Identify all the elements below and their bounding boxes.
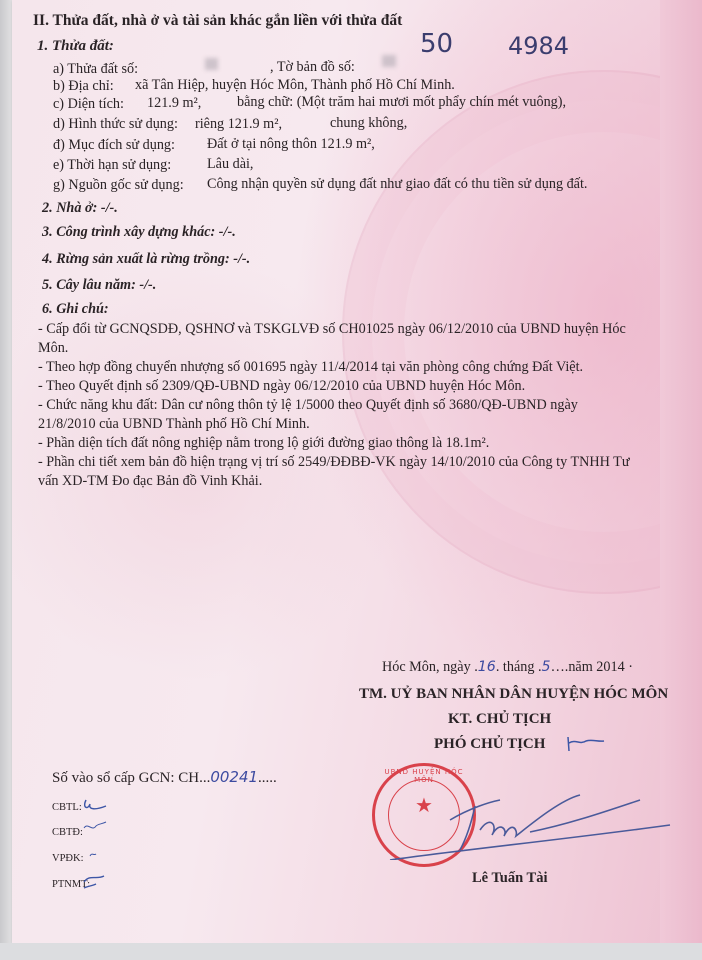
issue-date: Hóc Môn, ngày .16. tháng .5….năm 2014 · <box>382 659 633 676</box>
usage-form-label: d) Hình thức sử dụng: <box>53 116 178 133</box>
section-title: II. Thửa đất, nhà ở và tài sản khác gắn … <box>33 12 402 29</box>
term-value: Lâu dài, <box>207 156 253 173</box>
registry-suffix: ..... <box>258 770 277 786</box>
land-heading: 1. Thửa đất: <box>37 38 114 55</box>
house-item: 2. Nhà ở: -/-. <box>42 200 118 217</box>
note-line: vấn XD-TM Đo đạc Bản đồ Vinh Khải. <box>38 473 262 490</box>
officer-code-cbtd: CBTĐ: <box>52 824 83 841</box>
deputy-title-line2: PHÓ CHỦ TỊCH <box>434 736 545 753</box>
officer-code-vpdk: VPĐK: <box>52 850 84 867</box>
address-value: xã Tân Hiệp, huyện Hóc Môn, Thành phố Hồ… <box>135 77 455 94</box>
registry-number: 00241 <box>210 768 258 786</box>
date-day: 16 <box>478 659 496 675</box>
redacted-lot-number <box>205 58 218 70</box>
address-label: b) Địa chỉ: <box>53 78 114 95</box>
map-sheet-label: , Tờ bản đồ số: <box>270 59 355 76</box>
registry-label: Số vào sổ cấp GCN: CH... <box>52 770 210 786</box>
purpose-label: đ) Mục đích sử dụng: <box>53 137 175 154</box>
officer-code-cbtl: CBTL: <box>52 799 82 816</box>
date-month: 5 <box>542 659 551 675</box>
handwritten-lot-number: 4984 <box>508 32 569 60</box>
date-prefix: Hóc Môn, ngày . <box>382 659 478 675</box>
planted-forest-item: 4. Rừng sản xuất là rừng trồng: -/-. <box>42 251 250 268</box>
redacted-map-sheet-number <box>382 55 396 67</box>
term-label: e) Thời hạn sử dụng: <box>53 157 171 174</box>
purpose-value: Đất ở tại nông thôn 121.9 m², <box>207 136 375 153</box>
note-line: - Phần diện tích đất nông nghiệp nằm tro… <box>38 435 489 452</box>
notes-heading: 6. Ghi chú: <box>42 301 109 318</box>
handwritten-map-number: 50 <box>420 30 453 58</box>
officer-initials-icon <box>82 794 112 894</box>
other-construction-item: 3. Công trình xây dựng khác: -/-. <box>42 224 236 241</box>
usage-private-value: riêng 121.9 m², <box>195 116 282 133</box>
perennial-trees-item: 5. Cây lâu năm: -/-. <box>42 277 156 294</box>
scan-bottom-edge <box>0 943 702 960</box>
initial-signature-icon <box>566 733 606 755</box>
note-line: - Theo Quyết định số 2309/QĐ-UBND ngày 0… <box>38 378 525 395</box>
note-line: 21/8/2010 của UBND Thành phố Hồ Chí Minh… <box>38 416 310 433</box>
deputy-title-line1: KT. CHỦ TỊCH <box>448 711 551 728</box>
area-value: 121.9 m², <box>147 95 201 112</box>
chairman-signature-icon <box>380 780 680 860</box>
note-line: Môn. <box>38 340 68 357</box>
note-line: - Phần chi tiết xem bản đồ hiện trạng vị… <box>38 454 630 471</box>
origin-value: Công nhận quyền sử dụng đất như giao đất… <box>207 176 587 193</box>
date-suffix: ….năm 2014 · <box>551 659 633 675</box>
note-line: - Cấp đổi từ GCNQSDĐ, QSHNƠ và TSKGLVĐ s… <box>38 321 626 338</box>
note-line: - Theo hợp đồng chuyển nhượng số 001695 … <box>38 359 583 376</box>
usage-common-value: chung không, <box>330 115 407 132</box>
issuing-authority: TM. UỶ BAN NHÂN DÂN HUYỆN HÓC MÔN <box>359 686 668 703</box>
area-label: c) Diện tích: <box>53 96 124 113</box>
signer-name: Lê Tuấn Tài <box>472 870 548 887</box>
date-mid: . tháng . <box>496 659 542 675</box>
registry-number-line: Số vào sổ cấp GCN: CH...00241..... <box>52 769 277 787</box>
note-line: - Chức năng khu đất: Dân cư nông thôn tỷ… <box>38 397 578 414</box>
scan-left-edge <box>0 0 12 960</box>
lot-number-label: a) Thửa đất số: <box>53 61 138 78</box>
origin-label: g) Nguồn gốc sử dụng: <box>53 177 184 194</box>
area-in-words: bằng chữ: (Một trăm hai mươi mốt phẩy ch… <box>237 94 566 111</box>
